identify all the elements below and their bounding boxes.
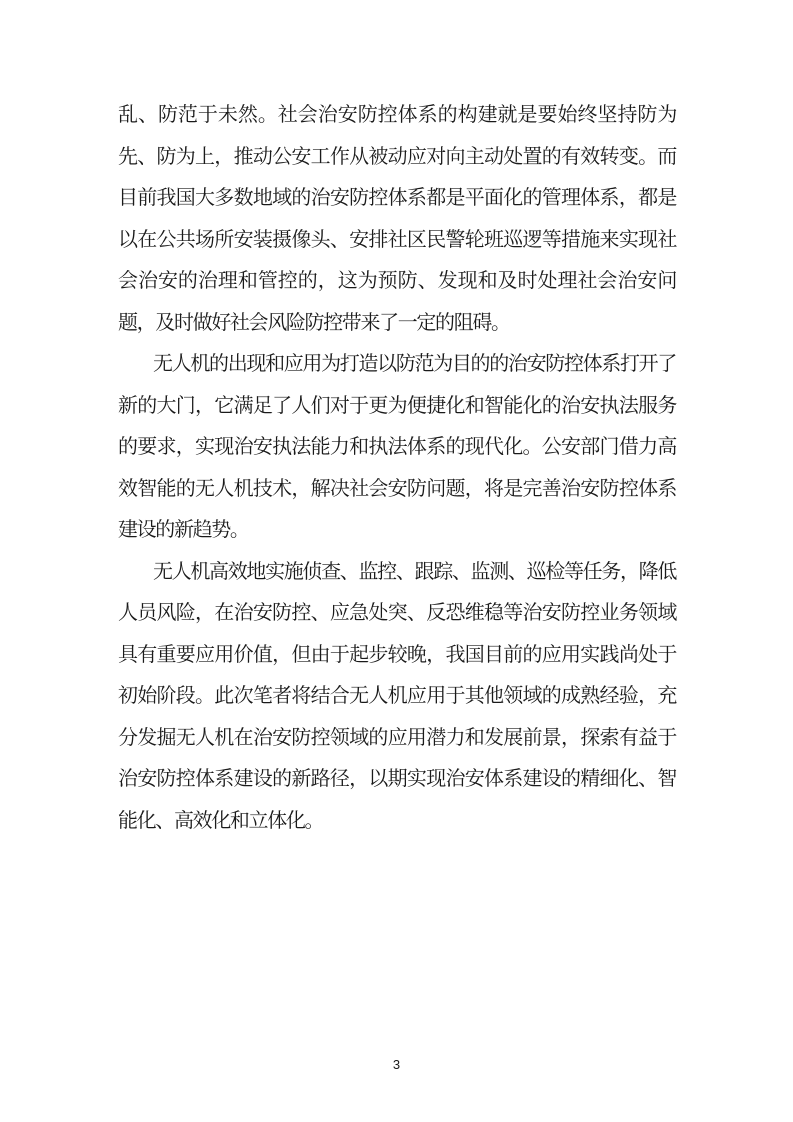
page-footer: 3 [0, 1056, 793, 1074]
body-paragraph: 无人机高效地实施侦查、监控、跟踪、监测、巡检等任务，降低人员风险，在治安防控、应… [118, 552, 676, 843]
body-paragraph: 乱、防范于未然。社会治安防控体系的构建就是要始终坚持防为先、防为上，推动公安工作… [118, 95, 676, 344]
document-page: 乱、防范于未然。社会治安防控体系的构建就是要始终坚持防为先、防为上，推动公安工作… [0, 0, 793, 1122]
document-body: 乱、防范于未然。社会治安防控体系的构建就是要始终坚持防为先、防为上，推动公安工作… [118, 95, 676, 842]
body-paragraph: 无人机的出现和应用为打造以防范为目的的治安防控体系打开了新的大门，它满足了人们对… [118, 344, 676, 552]
page-number: 3 [393, 1057, 400, 1072]
